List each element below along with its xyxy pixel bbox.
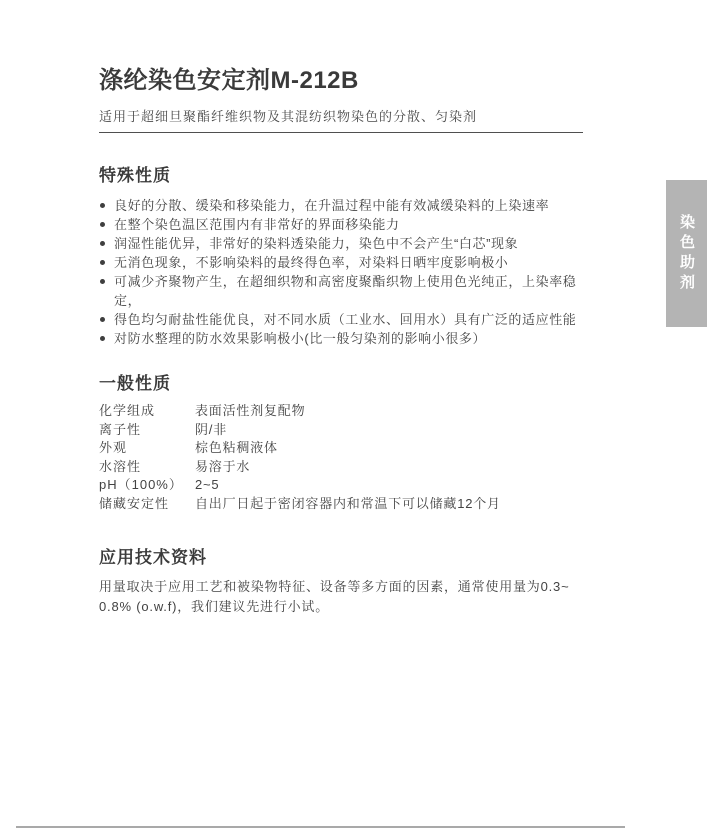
list-item: 无消色现象，不影响染料的最终得色率，对染料日晒牢度影响极小 [99, 253, 583, 272]
section-heading-special: 特殊性质 [99, 161, 583, 186]
table-row: 离子性 阴/非 [99, 421, 583, 440]
bullet-dot-icon [100, 241, 105, 246]
property-value: 自出厂日起于密闭容器内和常温下可以储藏12个月 [195, 495, 501, 514]
bullet-dot-icon [100, 203, 105, 208]
general-properties-table: 化学组成 表面活性剂复配物 离子性 阴/非 外观 棕色粘稠液体 水溶性 易溶于水… [99, 402, 583, 513]
application-body-line: 0.8% (o.w.f)，我们建议先进行小试。 [99, 597, 583, 617]
section-special-properties: 特殊性质 良好的分散、缓染和移染能力，在升温过程中能有效减缓染料的上染速率 在整… [99, 161, 583, 348]
application-body: 用量取决于应用工艺和被染物特征、设备等多方面的因素，通常使用量为0.3~ 0.8… [99, 577, 583, 617]
section-heading-general: 一般性质 [99, 369, 583, 394]
property-value: 表面活性剂复配物 [195, 402, 305, 421]
page-title: 涤纶染色安定剂M-212B [99, 60, 583, 95]
bullet-dot-icon [100, 222, 105, 227]
datasheet-page: 涤纶染色安定剂M-212B 适用于超细旦聚酯纤维织物及其混纺织物染色的分散、匀染… [0, 0, 707, 831]
category-side-tab: 染色助剂 [666, 180, 707, 327]
application-body-line: 用量取决于应用工艺和被染物特征、设备等多方面的因素，通常使用量为0.3~ [99, 577, 583, 597]
footer-divider [16, 826, 625, 828]
table-row: 外观 棕色粘稠液体 [99, 439, 583, 458]
property-value: 2~5 [195, 476, 219, 495]
list-item: 可减少齐聚物产生，在超细织物和高密度聚酯织物上使用色光纯正，上染率稳定， [99, 272, 583, 310]
table-row: pH（100%） 2~5 [99, 476, 583, 495]
property-label: 化学组成 [99, 402, 195, 421]
property-value: 棕色粘稠液体 [195, 439, 278, 458]
list-item: 对防水整理的防水效果影响极小(比一般匀染剂的影响小很多） [99, 329, 583, 348]
property-value: 易溶于水 [195, 458, 250, 477]
property-label: 离子性 [99, 421, 195, 440]
list-item: 得色均匀耐盐性能优良，对不同水质（工业水、回用水）具有广泛的适应性能 [99, 310, 583, 329]
list-item: 良好的分散、缓染和移染能力，在升温过程中能有效减缓染料的上染速率 [99, 196, 583, 215]
bullet-text: 可减少齐聚物产生，在超细织物和高密度聚酯织物上使用色光纯正，上染率稳定， [114, 272, 583, 310]
datasheet-content: 涤纶染色安定剂M-212B 适用于超细旦聚酯纤维织物及其混纺织物染色的分散、匀染… [99, 0, 583, 617]
bullet-text: 对防水整理的防水效果影响极小(比一般匀染剂的影响小很多） [114, 329, 486, 348]
bullet-text: 无消色现象，不影响染料的最终得色率，对染料日晒牢度影响极小 [114, 253, 508, 272]
property-label: 储藏安定性 [99, 495, 195, 514]
property-label: 水溶性 [99, 458, 195, 477]
special-properties-list: 良好的分散、缓染和移染能力，在升温过程中能有效减缓染料的上染速率 在整个染色温区… [99, 196, 583, 348]
table-row: 水溶性 易溶于水 [99, 458, 583, 477]
list-item: 润湿性能优异，非常好的染料透染能力，染色中不会产生“白芯”现象 [99, 234, 583, 253]
property-label: pH（100%） [99, 476, 195, 495]
section-heading-application: 应用技术资料 [99, 543, 583, 568]
table-row: 化学组成 表面活性剂复配物 [99, 402, 583, 421]
property-label: 外观 [99, 439, 195, 458]
bullet-text: 润湿性能优异，非常好的染料透染能力，染色中不会产生“白芯”现象 [114, 234, 518, 253]
bullet-dot-icon [100, 260, 105, 265]
category-side-tab-label: 染色助剂 [676, 214, 697, 294]
bullet-text: 在整个染色温区范围内有非常好的界面移染能力 [114, 215, 400, 234]
page-subtitle: 适用于超细旦聚酯纤维织物及其混纺织物染色的分散、匀染剂 [99, 106, 583, 133]
bullet-dot-icon [100, 279, 105, 284]
bullet-dot-icon [100, 336, 105, 341]
table-row: 储藏安定性 自出厂日起于密闭容器内和常温下可以储藏12个月 [99, 495, 583, 514]
section-general-properties: 一般性质 化学组成 表面活性剂复配物 离子性 阴/非 外观 棕色粘稠液体 水溶性… [99, 369, 583, 513]
list-item: 在整个染色温区范围内有非常好的界面移染能力 [99, 215, 583, 234]
bullet-dot-icon [100, 317, 105, 322]
section-application: 应用技术资料 用量取决于应用工艺和被染物特征、设备等多方面的因素，通常使用量为0… [99, 543, 583, 617]
bullet-text: 得色均匀耐盐性能优良，对不同水质（工业水、回用水）具有广泛的适应性能 [114, 310, 576, 329]
bullet-text: 良好的分散、缓染和移染能力，在升温过程中能有效减缓染料的上染速率 [114, 196, 549, 215]
property-value: 阴/非 [195, 421, 227, 440]
